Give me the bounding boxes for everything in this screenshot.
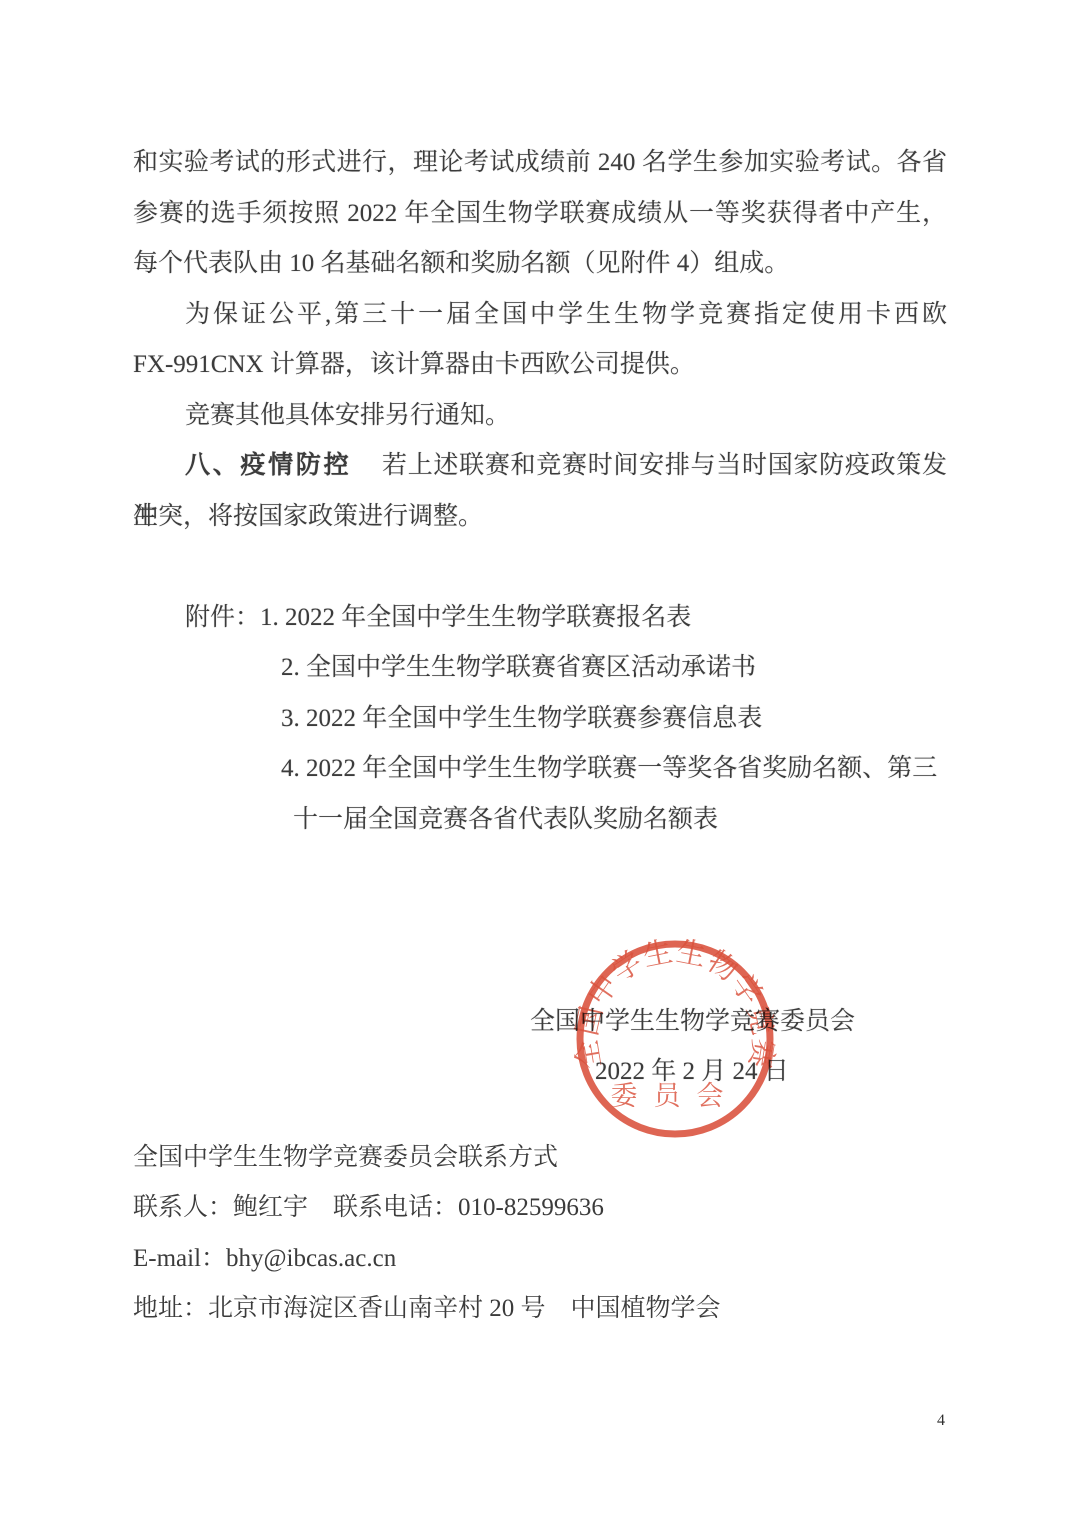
attachments-block: 附件：1. 2022 年全国中学生生物学联赛报名表 2. 全国中学生生物学联赛省…: [133, 593, 947, 846]
attachments-label: 附件：: [185, 604, 260, 631]
body-line: 冲突，将按国家政策进行调整。: [133, 492, 947, 543]
attachment-item: 附件：1. 2022 年全国中学生生物学联赛报名表: [133, 593, 947, 644]
contact-title: 全国中学生生物学竞赛委员会联系方式: [133, 1133, 993, 1183]
contact-email-line: E-mail：bhy@ibcas.ac.cn: [133, 1234, 993, 1284]
body-text-block: 和实验考试的形式进行，理论考试成绩前 240 名学生参加实验考试。各省 参赛的选…: [133, 138, 947, 542]
attachment-item: 4. 2022 年全国中学生生物学联赛一等奖各省奖励名额、第三: [133, 744, 947, 795]
signature-date: 2022 年 2 月 24 日: [133, 1047, 947, 1098]
section8-heading-line: 八、疫情防控若上述联赛和竞赛时间安排与当时国家防疫政策发生: [133, 441, 947, 492]
attachment-item: 十一届全国竞赛各省代表队奖励名额表: [133, 795, 947, 846]
attachment-item: 2. 全国中学生生物学联赛省赛区活动承诺书: [133, 643, 947, 694]
body-line: FX-991CNX 计算器，该计算器由卡西欧公司提供。: [133, 340, 947, 391]
body-line: 竞赛其他具体安排另行通知。: [133, 391, 947, 442]
page-number: 4: [928, 1412, 954, 1430]
body-line: 和实验考试的形式进行，理论考试成绩前 240 名学生参加实验考试。各省: [133, 138, 947, 189]
attachment-item-text: 1. 2022 年全国中学生生物学联赛报名表: [260, 604, 691, 631]
document-page: 和实验考试的形式进行，理论考试成绩前 240 名学生参加实验考试。各省 参赛的选…: [0, 0, 1080, 1527]
contact-person-line: 联系人：鲍红宇 联系电话：010-82599636: [133, 1183, 993, 1233]
contact-block: 全国中学生生物学竞赛委员会联系方式 联系人：鲍红宇 联系电话：010-82599…: [133, 1133, 993, 1334]
signature-org: 全国中学生生物学竞赛委员会: [133, 997, 947, 1048]
contact-address-line: 地址：北京市海淀区香山南辛村 20 号 中国植物学会: [133, 1284, 993, 1334]
section8-title: 八、疫情防控: [185, 452, 351, 479]
body-line: 每个代表队由 10 名基础名额和奖励名额（见附件 4）组成。: [133, 239, 947, 290]
signature-block: 全国中学生生物学竞赛委员会 2022 年 2 月 24 日: [133, 997, 947, 1098]
attachment-item: 3. 2022 年全国中学生生物学联赛参赛信息表: [133, 694, 947, 745]
body-line: 为保证公平,第三十一届全国中学生生物学竞赛指定使用卡西欧: [133, 290, 947, 341]
body-line: 参赛的选手须按照 2022 年全国生物学联赛成绩从一等奖获得者中产生，: [133, 189, 947, 240]
